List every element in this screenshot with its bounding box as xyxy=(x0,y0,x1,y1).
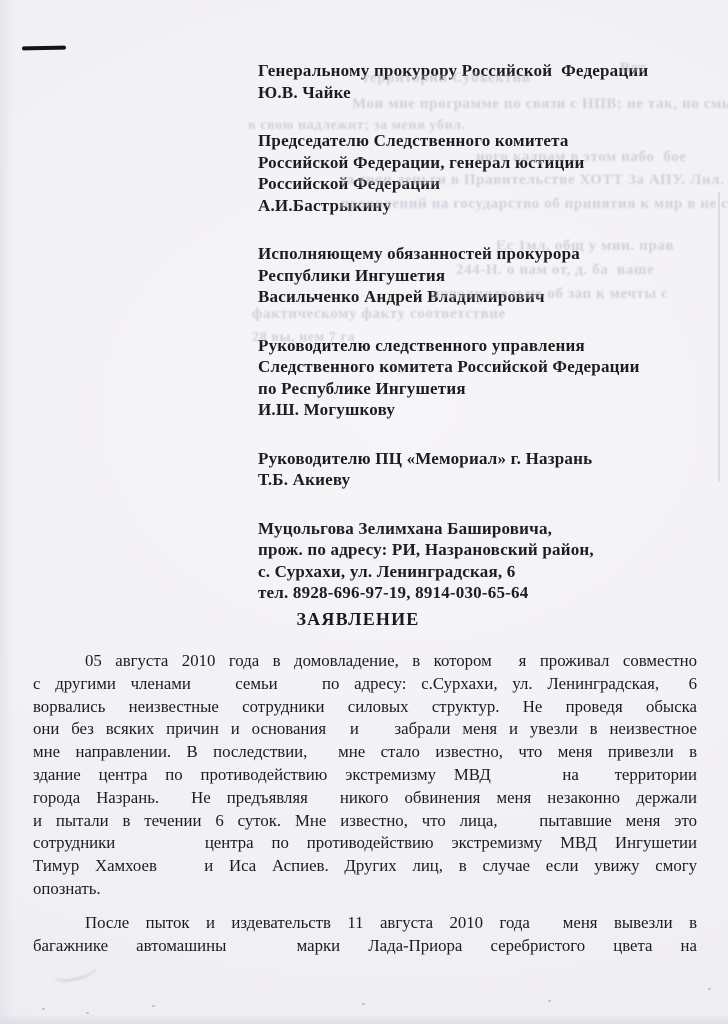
scan-speck xyxy=(708,988,711,990)
body-line: с другими членами семьи по адресу: с.Сур… xyxy=(33,673,697,696)
addressee-group: Руководителю ПЦ «Мемориал» г. НазраньТ.Б… xyxy=(258,448,708,491)
bleedthrough-text: территории Субъектив xyxy=(362,70,530,87)
addressee-line: тел. 8928-696-97-19, 8914-030-65-64 xyxy=(258,582,708,604)
document-body: 05 августа 2010 года в домовладение, в к… xyxy=(33,650,697,968)
scan-speck xyxy=(152,1005,155,1007)
scan-speck xyxy=(548,1000,551,1002)
body-line: опознать. xyxy=(33,878,697,901)
body-line: После пыток и издевательств 11 августа 2… xyxy=(33,912,697,935)
scan-speck xyxy=(42,1008,45,1010)
body-line: и пытали в течении 6 суток. Мне известно… xyxy=(33,810,697,833)
bleedthrough-text: 28 вы, нем 7 га xyxy=(252,330,355,346)
body-line: ворвались неизвестные сотрудники силовых… xyxy=(33,696,697,719)
bleedthrough-text: 244-Н. о нам от, д. ба ваше xyxy=(456,262,654,279)
body-line: багажнике автомашины марки Лада-Приора с… xyxy=(33,935,697,958)
pen-dash-mark xyxy=(22,46,66,50)
bleedthrough-text: ного кадрам в этом набо бое xyxy=(476,149,687,166)
scan-speck xyxy=(362,1003,365,1005)
addressee-line: прож. по адресу: РИ, Назрановский район, xyxy=(258,539,708,561)
addressee-line: Муцольгова Зелимхана Башировича, xyxy=(258,518,708,540)
addressee-line: Руководителю ПЦ «Мемориал» г. Назрань xyxy=(258,448,708,470)
bleedthrough-text: фактическому факту соответствие xyxy=(252,306,506,323)
document-title: ЗАЯВЛЕНИЕ xyxy=(33,609,683,630)
addressee-line: с. Сурхахи, ул. Ленинградская, 6 xyxy=(258,561,708,583)
body-line: города Назрань. Не предъявляя никого обв… xyxy=(33,787,697,810)
bleedthrough-text: Ес 1мл. общ у мин. прав xyxy=(496,238,674,255)
addressee-group: Руководителю следственного управленияСле… xyxy=(258,335,708,421)
body-line: Тимур Хамхоев и Иса Аспиев. Других лиц, … xyxy=(33,855,697,878)
addressee-line: Т.Б. Акиеву xyxy=(258,469,708,491)
scanned-document-page: Генеральному прокурору Российской Федера… xyxy=(0,0,728,1024)
paragraph: После пыток и издевательств 11 августа 2… xyxy=(33,912,697,958)
bleedthrough-text: дополнительно об зап к мечты с xyxy=(432,286,668,303)
scan-speck xyxy=(86,1012,89,1014)
addressee-group: Муцольгова Зелимхана Башировича,прож. по… xyxy=(258,518,708,604)
addressee-line: по Республике Ингушетия xyxy=(258,378,708,400)
paper-fold-line xyxy=(718,192,720,482)
addressee-line: И.Ш. Могушкову xyxy=(258,399,708,421)
bleedthrough-text: за свои деньги в Правительстве ХОТТ За А… xyxy=(340,172,728,189)
bleedthrough-text: Вот xyxy=(620,60,646,77)
body-line: сотрудники центра по противодействию экс… xyxy=(33,832,697,855)
paragraph: 05 августа 2010 года в домовладение, в к… xyxy=(33,650,697,901)
bleedthrough-text: проявлений на государство об принятия к … xyxy=(340,196,728,213)
scan-edge-left xyxy=(0,0,14,1024)
body-line: мне направлении. В последствии, мне стал… xyxy=(33,741,697,764)
bleedthrough-text: Мои мне программе по связи с НПВ; не так… xyxy=(352,96,728,113)
bleedthrough-text: в свою надлежит; за меня убил. xyxy=(248,118,466,134)
body-line: 05 августа 2010 года в домовладение, в к… xyxy=(33,650,697,673)
body-line: они без всяких причин и основания и забр… xyxy=(33,718,697,741)
body-line: здание центра по противодействию экстрем… xyxy=(33,764,697,787)
addressee-line: Следственного комитета Российской Федера… xyxy=(258,356,708,378)
scan-edge-bottom xyxy=(0,1014,728,1024)
